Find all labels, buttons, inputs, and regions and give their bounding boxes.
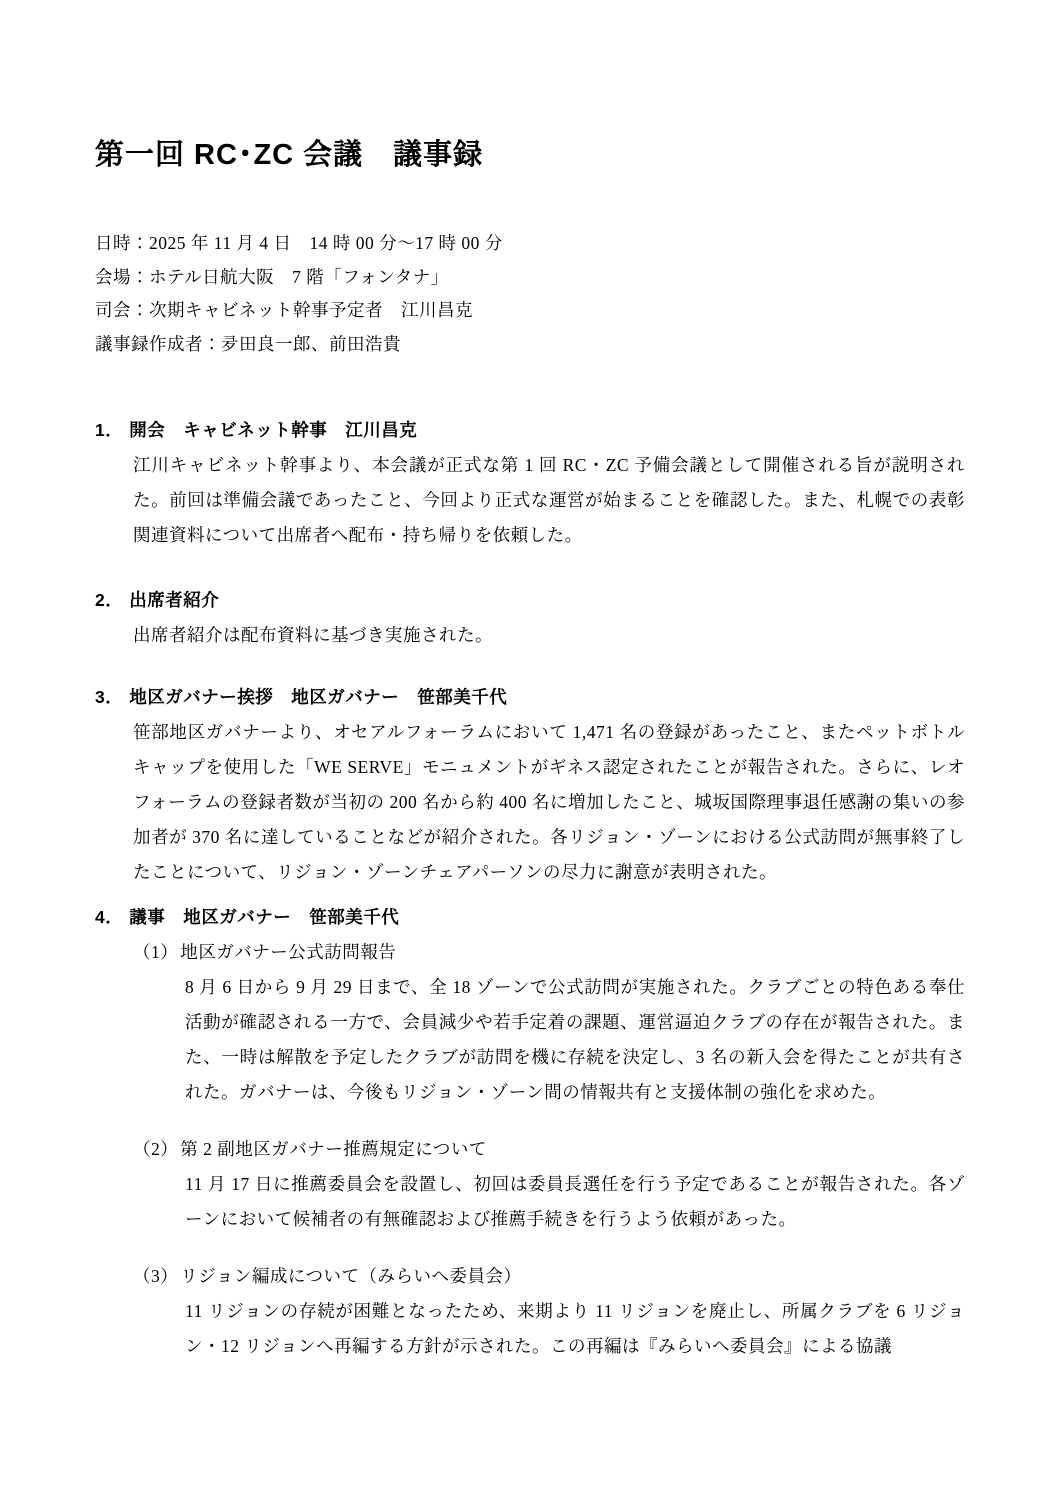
- meta-line-datetime: 日時：2025 年 11 月 4 日 14 時 00 分～17 時 00 分: [95, 227, 965, 261]
- agenda-item-title: リジョン編成について（みらいへ委員会）: [180, 1266, 521, 1286]
- section-heading: 1．開会 キャビネット幹事 江川昌克: [95, 413, 965, 448]
- section-heading: 3．地区ガバナー挨拶 地区ガバナー 笹部美千代: [95, 680, 965, 715]
- section-heading-text: 地区ガバナー挨拶 地区ガバナー 笹部美千代: [129, 687, 507, 707]
- agenda-item-head: （1）地区ガバナー公式訪問報告: [95, 935, 965, 970]
- agenda-item-label: （1）: [133, 935, 178, 970]
- agenda-item-label: （3）: [133, 1259, 178, 1294]
- section-agenda: 4．議事 地区ガバナー 笹部美千代 （1）地区ガバナー公式訪問報告 8 月 6 …: [95, 900, 965, 1364]
- section-body: 出席者紹介は配布資料に基づき実施された。: [95, 618, 965, 653]
- section-number: 4．: [95, 900, 123, 935]
- agenda-item-title: 地区ガバナー公式訪問報告: [180, 942, 396, 962]
- section-heading-text: 議事 地区ガバナー 笹部美千代: [129, 907, 399, 927]
- agenda-item-1: （1）地区ガバナー公式訪問報告 8 月 6 日から 9 月 29 日まで、全 1…: [95, 935, 965, 1110]
- section-heading-text: 開会 キャビネット幹事 江川昌克: [129, 420, 417, 440]
- agenda-item-head: （2）第 2 副地区ガバナー推薦規定について: [95, 1132, 965, 1167]
- meta-block: 日時：2025 年 11 月 4 日 14 時 00 分～17 時 00 分 会…: [95, 227, 965, 361]
- section-attendees: 2．出席者紹介 出席者紹介は配布資料に基づき実施された。: [95, 583, 965, 653]
- section-number: 3．: [95, 680, 123, 715]
- meta-line-recorder: 議事録作成者：夛田良一郎、前田浩貴: [95, 328, 965, 362]
- agenda-item-2: （2）第 2 副地区ガバナー推薦規定について 11 月 17 日に推薦委員会を設…: [95, 1132, 965, 1237]
- section-governor-greeting: 3．地区ガバナー挨拶 地区ガバナー 笹部美千代 笹部地区ガバナーより、オセアルフ…: [95, 680, 965, 890]
- document-title: 第一回 RC･ZC 会議 議事録: [95, 138, 965, 172]
- agenda-item-body: 11 リジョンの存続が困難となったため、来期より 11 リジョンを廃止し、所属ク…: [95, 1294, 965, 1364]
- sections-container: 1．開会 キャビネット幹事 江川昌克 江川キャビネット幹事より、本会議が正式な第…: [95, 413, 965, 1364]
- agenda-item-label: （2）: [133, 1132, 178, 1167]
- section-number: 2．: [95, 583, 123, 618]
- section-heading: 4．議事 地区ガバナー 笹部美千代: [95, 900, 965, 935]
- section-body: 江川キャビネット幹事より、本会議が正式な第 1 回 RC・ZC 予備会議として開…: [95, 448, 965, 553]
- section-heading-text: 出席者紹介: [129, 590, 219, 610]
- document-page: 第一回 RC･ZC 会議 議事録 日時：2025 年 11 月 4 日 14 時…: [0, 0, 1058, 1497]
- agenda-item-3: （3）リジョン編成について（みらいへ委員会） 11 リジョンの存続が困難となった…: [95, 1259, 965, 1364]
- section-heading: 2．出席者紹介: [95, 583, 965, 618]
- section-body: 笹部地区ガバナーより、オセアルフォーラムにおいて 1,471 名の登録があったこ…: [95, 715, 965, 890]
- agenda-item-head: （3）リジョン編成について（みらいへ委員会）: [95, 1259, 965, 1294]
- section-opening: 1．開会 キャビネット幹事 江川昌克 江川キャビネット幹事より、本会議が正式な第…: [95, 413, 965, 553]
- agenda-item-body: 8 月 6 日から 9 月 29 日まで、全 18 ゾーンで公式訪問が実施された…: [95, 970, 965, 1110]
- section-number: 1．: [95, 413, 123, 448]
- meta-line-moderator: 司会：次期キャビネット幹事予定者 江川昌克: [95, 294, 965, 328]
- agenda-item-body: 11 月 17 日に推薦委員会を設置し、初回は委員長選任を行う予定であることが報…: [95, 1167, 965, 1237]
- agenda-item-title: 第 2 副地区ガバナー推薦規定について: [180, 1139, 487, 1159]
- meta-line-venue: 会場：ホテル日航大阪 7 階「フォンタナ」: [95, 261, 965, 295]
